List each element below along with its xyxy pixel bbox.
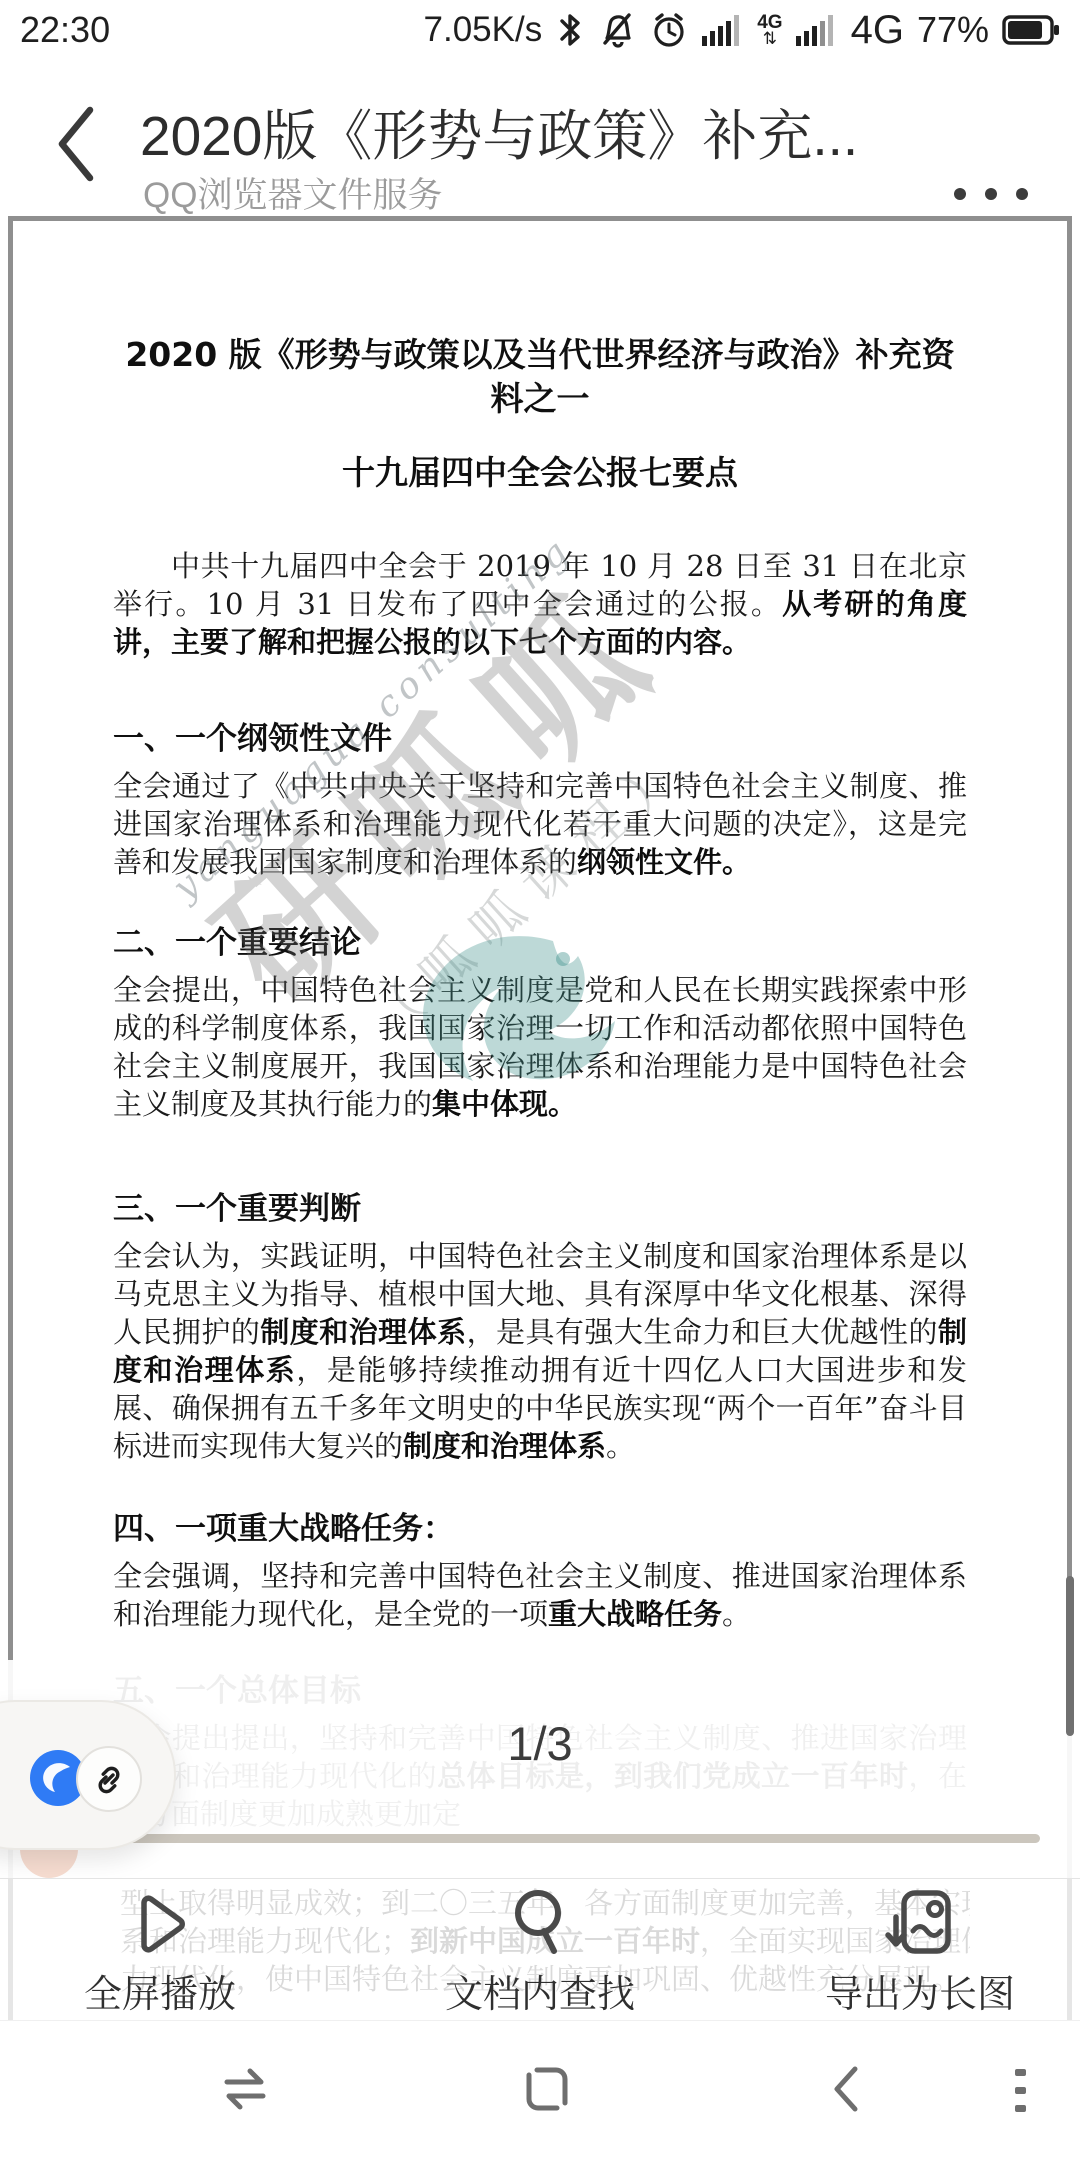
status-bar: 22:30 7.05K/s 4G ⇅ 4G 77% — [0, 0, 1080, 60]
export-long-image-icon — [760, 1879, 1080, 1957]
search-icon — [380, 1879, 700, 1957]
section-2-body: 全会提出，中国特色社会主义制度是党和人民在长期实践探索中形成的科学制度体系，我国… — [113, 971, 967, 1123]
system-nav-bar — [0, 2020, 1080, 2160]
reading-progress-bar[interactable] — [56, 1834, 1040, 1843]
signal-bars-icon — [796, 12, 838, 48]
section-4-heading: 四、一项重大战略任务： — [113, 1509, 967, 1549]
back-icon[interactable] — [821, 2063, 873, 2120]
doc-title-line1: 2020 版《形势与政策以及当代世界经济与政治》补充资料之一 — [113, 333, 967, 421]
section-1-body: 全会通过了《中共中央关于坚持和完善中国特色社会主义制度、推进国家治理体系和治理能… — [113, 767, 967, 881]
fullscreen-play-button[interactable]: 全屏播放 — [0, 1879, 320, 2021]
intro-paragraph: 中共十九届四中全会于 2019 年 10 月 28 日至 31 日在北京举行。1… — [113, 547, 967, 661]
doc-title-line2: 十九届四中全会公报七要点 — [113, 451, 967, 495]
network-speed: 7.05K/s — [424, 10, 543, 50]
screenshot-frame-icon[interactable] — [521, 2063, 573, 2120]
section-4-body: 全会强调，坚持和完善中国特色社会主义制度、推进国家治理体系和治理能力现代化，是全… — [113, 1557, 967, 1633]
phone-screen: 22:30 7.05K/s 4G ⇅ 4G 77% — [0, 0, 1080, 2160]
clock-time: 22:30 — [20, 9, 110, 51]
network-type-label: 4G — [851, 8, 904, 53]
document-title-header: 2020版《形势与政策》补充... — [140, 92, 858, 171]
bluetooth-icon — [555, 10, 585, 50]
section-2-heading: 二、一个重要结论 — [113, 923, 967, 963]
battery-percent: 77% — [917, 9, 989, 51]
find-in-document-button[interactable]: 文档内查找 — [380, 1879, 700, 2021]
more-menu-button[interactable] — [954, 188, 1028, 200]
section-3-body: 全会认为，实践证明，中国特色社会主义制度和国家治理体系是以马克思主义为指导、植根… — [113, 1237, 967, 1465]
alarm-icon — [649, 10, 689, 50]
mobile-data-4g-icon: 4G ⇅ — [757, 13, 782, 47]
play-icon — [0, 1879, 320, 1957]
bell-off-icon — [598, 10, 636, 50]
scrollbar-thumb[interactable] — [1066, 1576, 1074, 1736]
section-1-heading: 一、一个纲领性文件 — [113, 719, 967, 759]
back-button[interactable] — [42, 94, 112, 194]
battery-icon — [1002, 14, 1060, 46]
link-button[interactable] — [76, 1746, 142, 1812]
section-3-heading: 三、一个重要判断 — [113, 1189, 967, 1229]
app-header: 2020版《形势与政策》补充... QQ浏览器文件服务 — [0, 60, 1080, 216]
link-icon — [92, 1762, 126, 1796]
more-dots-icon[interactable] — [1012, 2069, 1028, 2118]
document-toolbar: 全屏播放 文档内查找 导出为长图 — [0, 1878, 1080, 2020]
file-service-subtitle: QQ浏览器文件服务 — [143, 168, 442, 218]
signal-bars-icon — [702, 12, 744, 48]
floating-quick-pill[interactable] — [0, 1700, 176, 1850]
export-long-image-button[interactable]: 导出为长图 — [760, 1879, 1080, 2021]
app-switch-icon[interactable] — [219, 2063, 271, 2120]
